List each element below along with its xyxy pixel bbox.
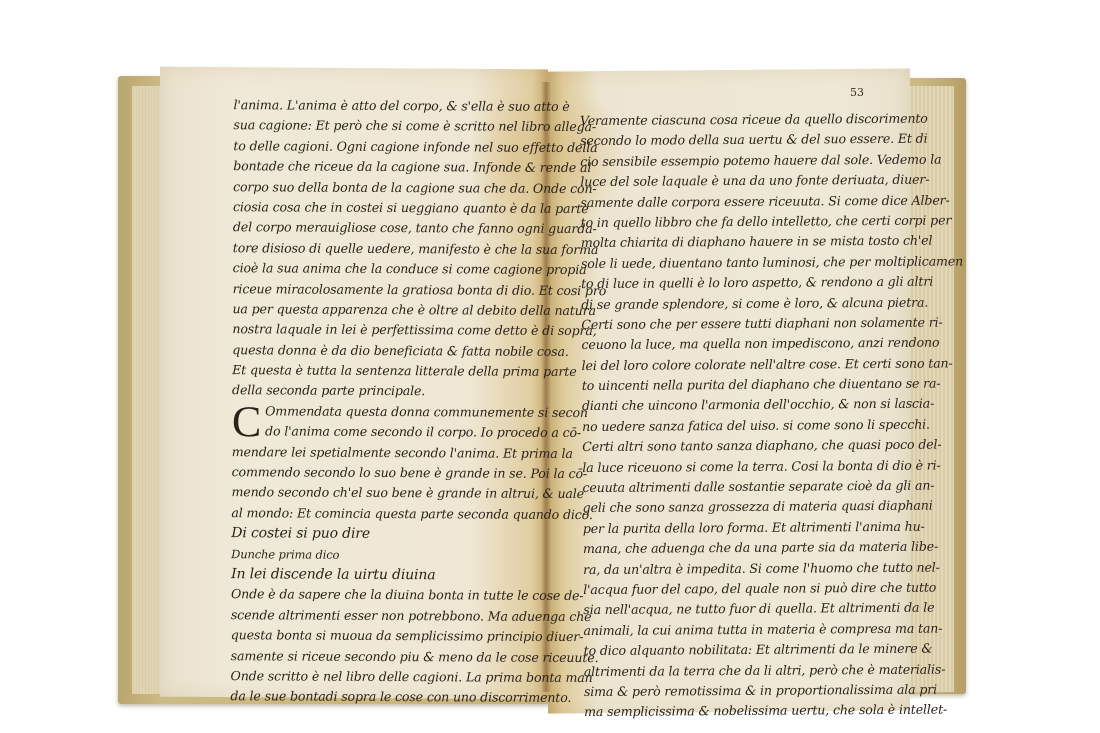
- text-line: to delle cagioni. Ogni cagione infonde n…: [233, 136, 551, 158]
- text-line: sia nell'acqua, ne tutto fuor di quella.…: [583, 598, 883, 620]
- text-line: cio sensibile essempio potemo hauere dal…: [580, 150, 880, 172]
- text-line: Onde è da sapere che la diuina bonta in …: [231, 585, 549, 607]
- text-line: ceuono la luce, ma quella non impediscon…: [581, 333, 881, 355]
- text-line: corpo suo della bonta de la cagione sua …: [233, 177, 551, 199]
- text-line: luce del sole laquale è una da uno fonte…: [580, 170, 880, 192]
- text-line: to uincenti nella purita del diaphano ch…: [582, 374, 882, 396]
- quoted-verse: In lei discende la uirtu diuina: [231, 564, 549, 586]
- text-line: da le sue bontadi sopra le cose con uno …: [230, 686, 548, 708]
- text-line: Et questa è tutta la sentenza litterale …: [232, 360, 550, 382]
- text-line: Onde scritto è nel libro delle cagioni. …: [231, 666, 549, 688]
- text-line: l'anima. L'anima è atto del corpo, & s'e…: [233, 95, 551, 117]
- text-line: molta chiarita di diaphano hauere in se …: [581, 231, 881, 253]
- text-line: to in quello libbro che fa dello intelle…: [581, 211, 881, 233]
- text-line: no uedere sanza fatica del uiso. si come…: [582, 415, 882, 437]
- text-line: l'acqua fuor del capo, del quale non si …: [583, 578, 883, 600]
- quoted-verse: Dunche prima dico: [231, 544, 549, 566]
- page-edges-left: [132, 86, 162, 694]
- text-line: tore disioso di quelle uedere, manifesto…: [233, 238, 551, 260]
- text-line: ua per questa apparenza che è oltre al d…: [232, 299, 550, 321]
- text-line: ciosia cosa che in costei si ueggiano qu…: [233, 197, 551, 219]
- text-line: animali, la cui anima tutta in materia è…: [583, 619, 883, 641]
- text-line: cioè la sua anima che la conduce si come…: [233, 258, 551, 280]
- text-line: altrimenti da la terra che da li altri, …: [584, 659, 884, 681]
- text-line: per la purita della loro forma. Et altri…: [583, 517, 883, 539]
- text-line: sole li uede, diuentano tanto luminosi, …: [581, 252, 881, 274]
- text-line: ra, da un'altra è impedita. Si come l'hu…: [583, 558, 883, 580]
- left-page-text: l'anima. L'anima è atto del corpo, & s'e…: [230, 95, 551, 708]
- text-line: sua cagione: Et però che si come è scrit…: [233, 116, 551, 138]
- right-page-text: Veramente ciascuna cosa riceue da quello…: [580, 109, 884, 723]
- text-line: geli che sono sanza grossezza di materia…: [583, 496, 883, 518]
- text-line: sima & però remotissima & in proportiona…: [584, 680, 884, 702]
- text-line: Veramente ciascuna cosa riceue da quello…: [580, 109, 880, 131]
- text-line: riceue miracolosamente la gratiosa bonta…: [233, 279, 551, 301]
- text-line: ceuuta altrimenti dalle sostantie separa…: [582, 476, 882, 498]
- text-line: to dico alquanto nobilitata: Et altrimen…: [584, 639, 884, 661]
- text-line: samente dalle corpora essere riceuuta. S…: [580, 191, 880, 213]
- text-line: mendare lei spetialmente secondo l'anima…: [232, 442, 550, 464]
- quoted-verse: Di costei si puo dire: [231, 523, 549, 545]
- text-line: al mondo: Et comincia questa parte secon…: [231, 503, 549, 525]
- text-line: nostra laquale in lei è perfettissima co…: [232, 319, 550, 341]
- text-line: do l'anima come secondo il corpo. Io pro…: [232, 421, 550, 443]
- text-line: lei del loro colore colorate nell'altre …: [582, 354, 882, 376]
- text-line: secondo lo modo della sua uertu & del su…: [580, 129, 880, 151]
- text-line: di se grande splendore, si come è loro, …: [581, 292, 881, 314]
- text-line: Ommendata questa donna communemente si s…: [232, 401, 550, 423]
- text-line: commendo secondo lo suo bene è grande in…: [232, 462, 550, 484]
- text-line: Certi altri sono tanto sanza diaphano, c…: [582, 435, 882, 457]
- drop-cap-paragraph: C Ommendata questa donna communemente si…: [231, 401, 550, 525]
- text-line: bontade che riceue da la cagione sua. In…: [233, 156, 551, 178]
- text-line: la luce riceuono si come la terra. Cosi …: [582, 456, 882, 478]
- drop-cap-letter: C: [232, 403, 261, 441]
- text-line: to di luce in quelli è lo loro aspetto, …: [581, 272, 881, 294]
- text-line: mana, che aduenga che da una parte sia d…: [583, 537, 883, 559]
- text-line: Certi sono che per essere tutti diaphani…: [581, 313, 881, 335]
- page-number: 53: [850, 86, 864, 99]
- text-line: dianti che uincono l'armonia dell'occhio…: [582, 394, 882, 416]
- text-line: ma semplicissima & nobelissima uertu, ch…: [584, 700, 884, 722]
- text-line: del corpo merauigliose cose, tanto che f…: [233, 218, 551, 240]
- text-line: questa donna è da dio beneficiata & fatt…: [232, 340, 550, 362]
- text-line: samente si riceue secondo piu & meno da …: [231, 646, 549, 668]
- text-line: questa bonta si muoua da semplicissimo p…: [231, 625, 549, 647]
- open-book-photo: 53 l'anima. L'anima è atto del corpo, & …: [0, 0, 1100, 733]
- text-line: scende altrimenti esser non potrebbono. …: [231, 605, 549, 627]
- text-line: della seconda parte principale.: [232, 381, 550, 403]
- text-line: mendo secondo ch'el suo bene è grande in…: [231, 483, 549, 505]
